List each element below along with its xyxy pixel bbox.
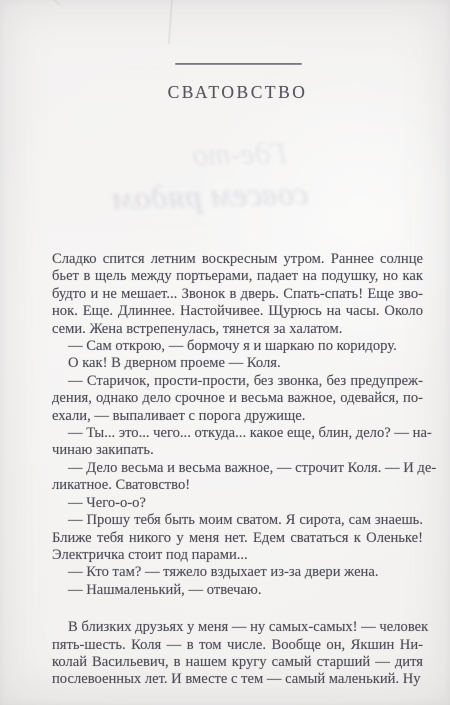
text-line: — Чего-о-о? (52, 495, 423, 512)
paragraph: В близких друзьях у меня — ну самых-самы… (52, 619, 423, 689)
text-line: бьет в щель между портьерами, падает на … (52, 268, 423, 285)
paragraph: Сладко спится летним воскресным утром. Р… (52, 251, 423, 338)
text-line: — Нашмаленький, — отвечаю. (52, 582, 423, 599)
paragraph: — Кто там? — тяжело вздыхает из-за двери… (52, 564, 423, 581)
page-body-text: Сладко спится летним воскресным утром. Р… (52, 251, 423, 689)
text-line: — Дело весьма и весьма важное, — строчит… (52, 460, 423, 477)
paragraph: — Прошу тебя быть моим сватом. Я сирота,… (52, 512, 423, 564)
text-line: ехали, — выпаливает с порога дружище. (52, 408, 423, 425)
paragraph: — Нашмаленький, — отвечаю. (52, 582, 423, 599)
scan-corner-mark (33, 0, 60, 5)
paragraph: — Старичок, прости-прости, без звонка, б… (52, 373, 423, 425)
paragraph: — Ты... это... чего... откуда... какое е… (52, 425, 423, 460)
text-line: Электричка стоит под парами... (52, 547, 423, 564)
paragraph: — Чего-о-о? (52, 495, 423, 512)
text-line: — Сам открою, — бормочу я и шаркаю по ко… (52, 338, 423, 355)
book-page: ·· ··· ···· СВАТОВСТВО Где-то совсем ряд… (0, 0, 450, 705)
ghost-showthrough-line3: ··· ····· ···· ··· (85, 216, 265, 236)
text-line: пять-шесть. Коля — в том числе. Вообще о… (52, 637, 423, 654)
text-line: В близких друзьях у меня — ну самых-самы… (52, 619, 423, 636)
text-line: послевоенных лет. И вместе с тем — самый… (52, 671, 423, 688)
text-line: — Ты... это... чего... откуда... какое е… (52, 425, 423, 442)
chapter-divider-rule (175, 63, 302, 65)
chapter-title: СВАТОВСТВО (52, 82, 423, 103)
text-line: Ближе тебя никого у меня нет. Едем свата… (52, 530, 423, 547)
text-line: будто и не мешает... Звонок в дверь. Спа… (52, 286, 423, 303)
paragraph: — Дело весьма и весьма важное, — строчит… (52, 460, 423, 495)
paragraph: — Сам открою, — бормочу я и шаркаю по ко… (52, 338, 423, 355)
text-line: дения, однако дело срочное и весьма важн… (52, 390, 423, 407)
text-line: колай Васильевич, в нашем кругу самый ст… (52, 654, 423, 671)
text-line: семи. Жена встрепенулась, тянется за хал… (52, 321, 423, 338)
paragraph: О как! В дверном проеме — Коля. (52, 355, 423, 372)
scan-crease-mark (168, 0, 172, 44)
text-line: чинаю закипать. (52, 442, 423, 459)
text-line: ликатное. Сватовство! (52, 477, 423, 494)
text-line: — Прошу тебя быть моим сватом. Я сирота,… (52, 512, 423, 529)
text-line: О как! В дверном проеме — Коля. (52, 355, 423, 372)
text-line: — Старичок, прости-прости, без звонка, б… (52, 373, 423, 390)
text-line: Сладко спится летним воскресным утром. Р… (52, 251, 423, 268)
ghost-showthrough-line2: совсем рядом (75, 174, 346, 219)
text-line: нок. Еще. Длиннее. Настойчивее. Щурюсь н… (52, 303, 423, 320)
text-line: — Кто там? — тяжело вздыхает из-за двери… (52, 564, 423, 581)
ghost-showthrough-line1: Где-то (160, 134, 321, 174)
